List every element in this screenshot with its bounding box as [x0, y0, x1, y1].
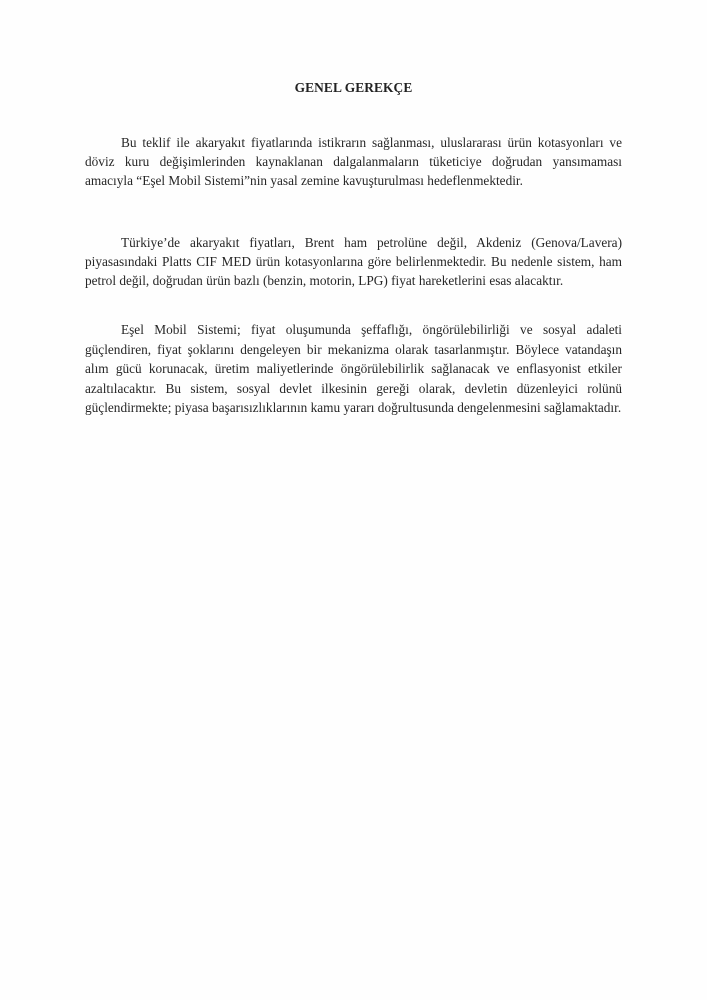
document-page: GENEL GEREKÇE Bu teklif ile akaryakıt fi… — [0, 0, 707, 1000]
document-title: GENEL GEREKÇE — [0, 80, 707, 96]
paragraph-pricing-basis: Türkiye’de akaryakıt fiyatları, Brent ha… — [85, 233, 622, 291]
paragraph-system-benefits: Eşel Mobil Sistemi; fiyat oluşumunda şef… — [85, 320, 622, 418]
paragraph-purpose: Bu teklif ile akaryakıt fiyatlarında ist… — [85, 133, 622, 191]
